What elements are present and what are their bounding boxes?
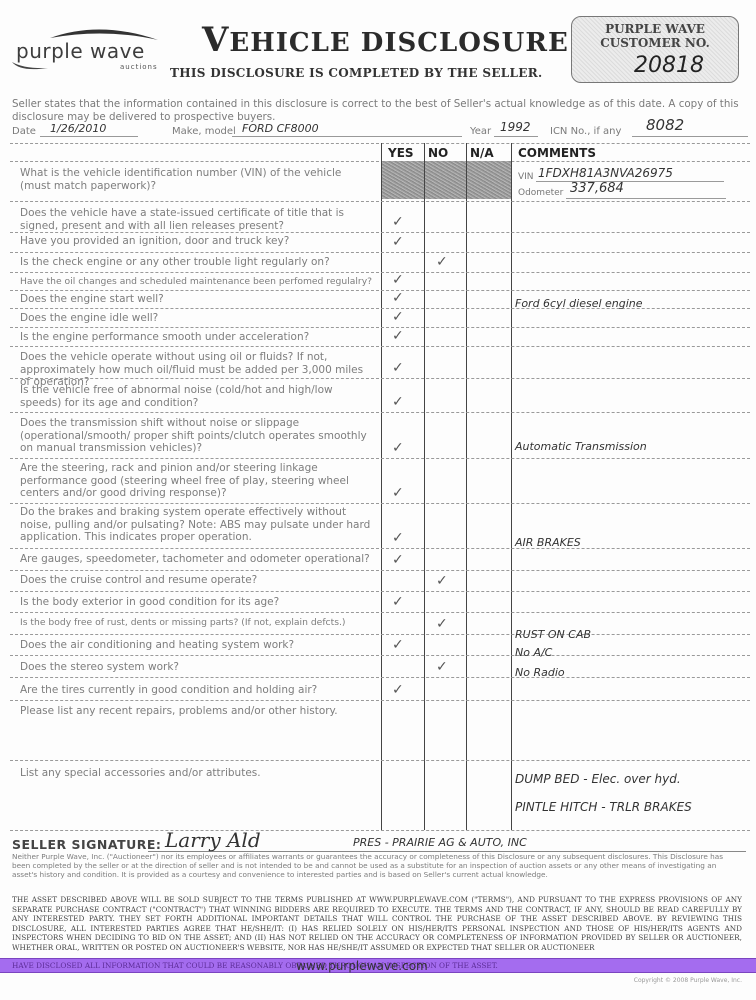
checkmark-icon[interactable]: ✓ [392, 360, 404, 376]
col-comments: COMMENTS [518, 146, 596, 160]
customer-box-line2: CUSTOMER NO. [572, 36, 738, 50]
question-18: Does the stereo system work? [20, 661, 375, 674]
purple-wave-logo: purple wave auctions [10, 22, 160, 72]
question-3: Is the check engine or any other trouble… [20, 256, 375, 269]
checkmark-icon[interactable]: ✓ [392, 530, 404, 546]
question-19: Are the tires currently in good conditio… [20, 684, 375, 697]
checkmark-icon[interactable]: ✓ [392, 394, 404, 410]
question-10: Does the transmission shift without nois… [20, 417, 375, 455]
copyright: Copyright © 2008 Purple Wave, Inc. [634, 977, 742, 984]
question-12: Do the brakes and braking system operate… [20, 506, 375, 544]
logo-text: purple wave [16, 39, 145, 63]
question-17: Does the air conditioning and heating sy… [20, 639, 375, 652]
question-8: Does the vehicle operate without using o… [20, 351, 375, 389]
checkmark-icon[interactable]: ✓ [392, 552, 404, 568]
comment-field[interactable]: RUST ON CAB [515, 628, 591, 641]
seller-signature[interactable]: Larry Ald [165, 828, 261, 852]
question-5: Does the engine start well? [20, 293, 375, 306]
intro-statement: Seller states that the information conta… [12, 98, 752, 124]
comment-field[interactable]: Ford 6cyl diesel engine [515, 297, 643, 310]
question-6: Does the engine idle well? [20, 312, 375, 325]
col-na: N/A [470, 146, 494, 160]
logo-subtext: auctions [120, 63, 158, 71]
question-20: Please list any recent repairs, problems… [20, 705, 375, 718]
question-2: Have you provided an ignition, door and … [20, 235, 375, 248]
comment-field[interactable]: Automatic Transmission [515, 440, 647, 453]
checkmark-icon[interactable]: ✓ [392, 290, 404, 306]
date-label: Date [12, 126, 36, 137]
make-model-label: Make, model [172, 126, 236, 137]
col-no: NO [428, 146, 448, 160]
year-field[interactable]: 1992 [500, 120, 531, 134]
odometer-field[interactable]: 337,684 [570, 181, 624, 196]
question-9: Is the vehicle free of abnormal noise (c… [20, 384, 375, 409]
question-11: Are the steering, rack and pinion and/or… [20, 462, 375, 500]
disclaimer-text: Neither Purple Wave, Inc. ("Auctioneer")… [12, 852, 740, 879]
customer-number-box: PURPLE WAVE CUSTOMER NO. 20818 [571, 16, 739, 83]
checkmark-icon[interactable]: ✓ [392, 440, 404, 456]
page-subtitle: THIS DISCLOSURE IS COMPLETED BY THE SELL… [170, 66, 542, 80]
question-13: Are gauges, speedometer, tachometer and … [20, 553, 375, 566]
checkmark-icon[interactable]: ✓ [392, 272, 404, 288]
question-15: Is the body exterior in good condition f… [20, 596, 375, 609]
question-14: Does the cruise control and resume opera… [20, 574, 375, 587]
odometer-label: Odometer [518, 188, 563, 198]
vin-shaded-cells [382, 161, 512, 199]
checkmark-icon[interactable]: ✓ [436, 254, 448, 270]
question-21: List any special accessories and/or attr… [20, 767, 375, 780]
vin-label: VIN [518, 172, 534, 182]
make-model-field[interactable]: FORD CF8000 [242, 122, 319, 135]
footer-bar: HAVE DISCLOSED ALL INFORMATION THAT COUL… [0, 958, 756, 973]
vin-question: What is the vehicle identification numbe… [20, 167, 375, 192]
title-initial: V [202, 20, 229, 60]
seller-signature-label: SELLER SIGNATURE: [12, 837, 161, 852]
vin-field[interactable]: 1FDXH81A3NVA26975 [538, 166, 673, 180]
customer-box-line1: PURPLE WAVE [572, 22, 738, 36]
checkmark-icon[interactable]: ✓ [392, 637, 404, 653]
comment-field[interactable]: No A/C [515, 646, 552, 659]
comment-field[interactable]: DUMP BED - Elec. over hyd. [515, 772, 681, 786]
checkmark-icon[interactable]: ✓ [392, 309, 404, 325]
question-1: Does the vehicle have a state-issued cer… [20, 207, 375, 232]
checkmark-icon[interactable]: ✓ [392, 328, 404, 344]
date-field[interactable]: 1/26/2010 [50, 122, 106, 135]
customer-number: 20818 [634, 53, 704, 78]
seller-title[interactable]: PRES - PRAIRIE AG & AUTO, INC [353, 836, 527, 849]
page-title: VEHICLE DISCLOSURE [202, 20, 569, 60]
comment-field[interactable]: PINTLE HITCH - TRLR BRAKES [515, 800, 692, 814]
comment-field[interactable]: AIR BRAKES [515, 536, 581, 549]
checkmark-icon[interactable]: ✓ [436, 573, 448, 589]
title-rest: EHICLE DISCLOSURE [229, 28, 568, 58]
question-4: Have the oil changes and scheduled maint… [20, 276, 375, 289]
col-yes: YES [388, 146, 414, 160]
icn-field[interactable]: 8082 [646, 116, 684, 134]
vehicle-info-row: Date 1/26/2010 Make, model FORD CF8000 Y… [10, 122, 750, 140]
comment-field[interactable]: No Radio [515, 666, 565, 679]
checkmark-icon[interactable]: ✓ [392, 682, 404, 698]
question-16: Is the body free of rust, dents or missi… [20, 617, 375, 630]
checkmark-icon[interactable]: ✓ [436, 616, 448, 632]
terms-text: THE ASSET DESCRIBED ABOVE WILL BE SOLD S… [12, 895, 742, 952]
website-link[interactable]: www.purplewave.com [296, 959, 428, 973]
icn-label: ICN No., if any [550, 126, 621, 137]
checkmark-icon[interactable]: ✓ [436, 659, 448, 675]
question-7: Is the engine performance smooth under a… [20, 331, 375, 344]
year-label: Year [470, 126, 491, 137]
checkmark-icon[interactable]: ✓ [392, 594, 404, 610]
checkmark-icon[interactable]: ✓ [392, 485, 404, 501]
checkmark-icon[interactable]: ✓ [392, 234, 404, 250]
checkmark-icon[interactable]: ✓ [392, 214, 404, 230]
